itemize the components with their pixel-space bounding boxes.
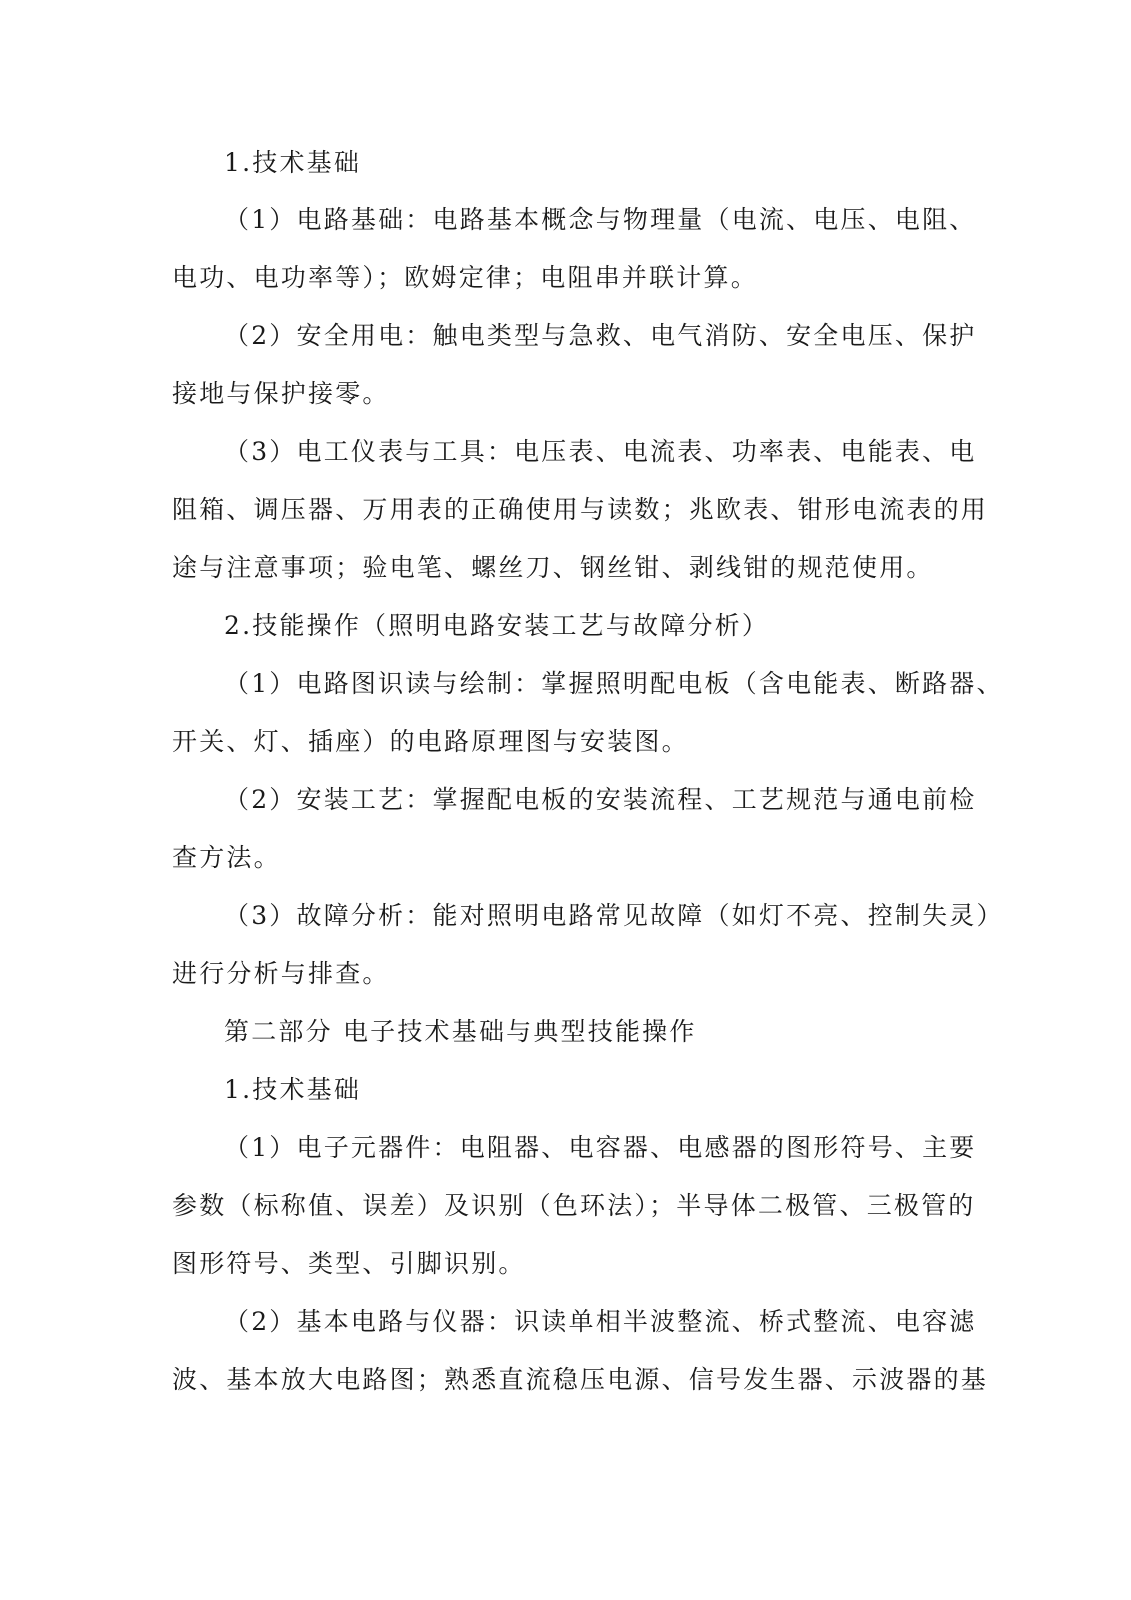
- paragraph-electronic-components: （1）电子元器件：电阻器、电容器、电感器的图形符号、主要: [224, 1133, 977, 1163]
- paragraph-installation-cont: 查方法。: [172, 843, 281, 873]
- paragraph-basic-circuits-cont: 波、基本放大电路图；熟悉直流稳压电源、信号发生器、示波器的基: [172, 1365, 988, 1395]
- paragraph-basic-circuits: （2）基本电路与仪器：识读单相半波整流、桥式整流、电容滤: [224, 1307, 977, 1337]
- paragraph-instruments-tools-cont-2: 途与注意事项；验电笔、螺丝刀、钢丝钳、剥线钳的规范使用。: [172, 553, 934, 583]
- section-heading-technical-basics-2: 1.技术基础: [224, 1075, 361, 1105]
- document-page: 1.技术基础 （1）电路基础：电路基本概念与物理量（电流、电压、电阻、 电功、电…: [0, 0, 1131, 1600]
- paragraph-instruments-tools: （3）电工仪表与工具：电压表、电流表、功率表、电能表、电: [224, 437, 977, 467]
- paragraph-electronic-components-cont-1: 参数（标称值、误差）及识别（色环法）；半导体二极管、三极管的: [172, 1191, 976, 1221]
- part-two-heading: 第二部分 电子技术基础与典型技能操作: [224, 1017, 697, 1047]
- paragraph-circuit-basics-cont: 电功、电功率等）；欧姆定律；电阻串并联计算。: [172, 263, 758, 293]
- paragraph-fault-analysis-cont: 进行分析与排查。: [172, 959, 390, 989]
- paragraph-circuit-basics: （1）电路基础：电路基本概念与物理量（电流、电压、电阻、: [224, 205, 977, 235]
- paragraph-electrical-safety: （2）安全用电：触电类型与急救、电气消防、安全电压、保护: [224, 321, 977, 351]
- paragraph-electronic-components-cont-2: 图形符号、类型、引脚识别。: [172, 1249, 526, 1279]
- section-heading-skill-operation: 2.技能操作（照明电路安装工艺与故障分析）: [224, 611, 769, 641]
- paragraph-instruments-tools-cont-1: 阻箱、调压器、万用表的正确使用与读数；兆欧表、钳形电流表的用: [172, 495, 988, 525]
- paragraph-circuit-diagram: （1）电路图识读与绘制：掌握照明配电板（含电能表、断路器、: [224, 669, 1004, 699]
- section-heading-technical-basics: 1.技术基础: [224, 148, 361, 178]
- paragraph-electrical-safety-cont: 接地与保护接零。: [172, 379, 390, 409]
- paragraph-installation: （2）安装工艺：掌握配电板的安装流程、工艺规范与通电前检: [224, 785, 977, 815]
- paragraph-circuit-diagram-cont: 开关、灯、插座）的电路原理图与安装图。: [172, 727, 689, 757]
- paragraph-fault-analysis: （3）故障分析：能对照明电路常见故障（如灯不亮、控制失灵）: [224, 901, 1004, 931]
